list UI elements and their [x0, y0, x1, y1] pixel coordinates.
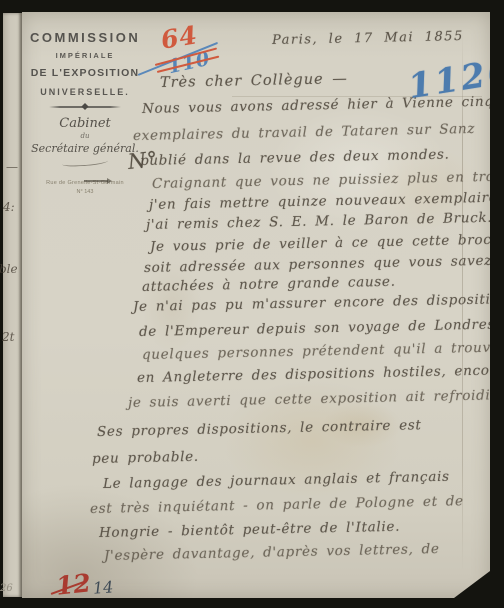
- letter-line: exemplaires du travail de Tataren sur Sa…: [133, 123, 475, 144]
- org-name-line1: COMMISSION: [30, 30, 140, 45]
- flourish-rule: [62, 158, 108, 167]
- letter-line: quelques personnes prétendent qu'il a tr…: [142, 342, 500, 363]
- pencil-bottom-number: 14: [92, 579, 113, 596]
- letter-line: Je vous prie de veiller à ce que cette b…: [150, 233, 504, 254]
- letter-line: Craignant que vous ne puissiez plus en t…: [152, 170, 504, 191]
- adjacent-page-edge: — 4: ble 2t: [3, 13, 22, 597]
- scanned-letter-page: — 4: ble 2t 26 COMMISSION IMPÉRIALE DE L…: [0, 0, 504, 608]
- margin-mark: 4:: [3, 201, 15, 213]
- cabinet-label: Cabinet: [30, 116, 140, 131]
- org-name-line3: DE L'EXPOSITION: [30, 67, 140, 79]
- letter-line: j'en fais mettre quinze nouveaux exempla…: [149, 192, 504, 213]
- letter-line: Le langage des journaux anglais et franç…: [103, 471, 450, 492]
- letter-line: est très inquiétant - on parle de Pologn…: [90, 495, 464, 516]
- letter-line: Hongrie - bientôt peut-être de l'Italie.: [99, 521, 400, 541]
- letter-line: je suis averti que cette exposition ait …: [128, 389, 491, 410]
- letter-line: en Angleterre des dispositions hostiles,…: [137, 364, 504, 385]
- letter-sheet: COMMISSION IMPÉRIALE DE L'EXPOSITION UNI…: [22, 12, 490, 598]
- salutation: Très cher Collègue —: [160, 72, 348, 90]
- letter-line: attachées à notre grande cause.: [142, 276, 396, 295]
- address-line2: N° 143: [30, 189, 140, 195]
- letterhead-divider-ornament: [49, 106, 121, 108]
- margin-mark: 2t: [2, 331, 14, 343]
- dateline: Paris, le 17 Mai 1855: [272, 30, 464, 47]
- red-archival-number: 64: [159, 22, 199, 52]
- letter-line: peu probable.: [92, 451, 199, 467]
- letter-line: de l'Empereur depuis son voyage de Londr…: [139, 318, 500, 339]
- org-name-line4: UNIVERSELLE.: [30, 87, 140, 97]
- margin-mark: ble: [0, 263, 18, 275]
- letter-line: j'ai remis chez S. E. M. le Baron de Bru…: [146, 212, 493, 233]
- org-name-line2: IMPÉRIALE: [30, 51, 140, 60]
- letter-line: Ses propres dispositions, le contraire e…: [97, 419, 422, 439]
- scan-edge-number: 26: [0, 583, 13, 594]
- letter-line: publié dans la revue des deux mondes.: [140, 149, 450, 169]
- margin-mark: —: [6, 161, 18, 173]
- letter-line: soit adressée aux personnes que vous sav…: [144, 255, 492, 276]
- du-label: du: [30, 132, 140, 140]
- letter-line: J'espère davantage, d'après vos lettres,…: [104, 543, 440, 564]
- letter-line: Nous vous avons adressé hier à Vienne ci…: [142, 95, 504, 117]
- letterhead-block: COMMISSION IMPÉRIALE DE L'EXPOSITION UNI…: [30, 30, 140, 195]
- pointer-ornament: [84, 180, 108, 182]
- margin-dash: [498, 314, 504, 317]
- secretaire-general-label: Secrétaire général.: [30, 142, 140, 155]
- letter-line: Je n'ai pas pu m'assurer encore des disp…: [133, 293, 504, 315]
